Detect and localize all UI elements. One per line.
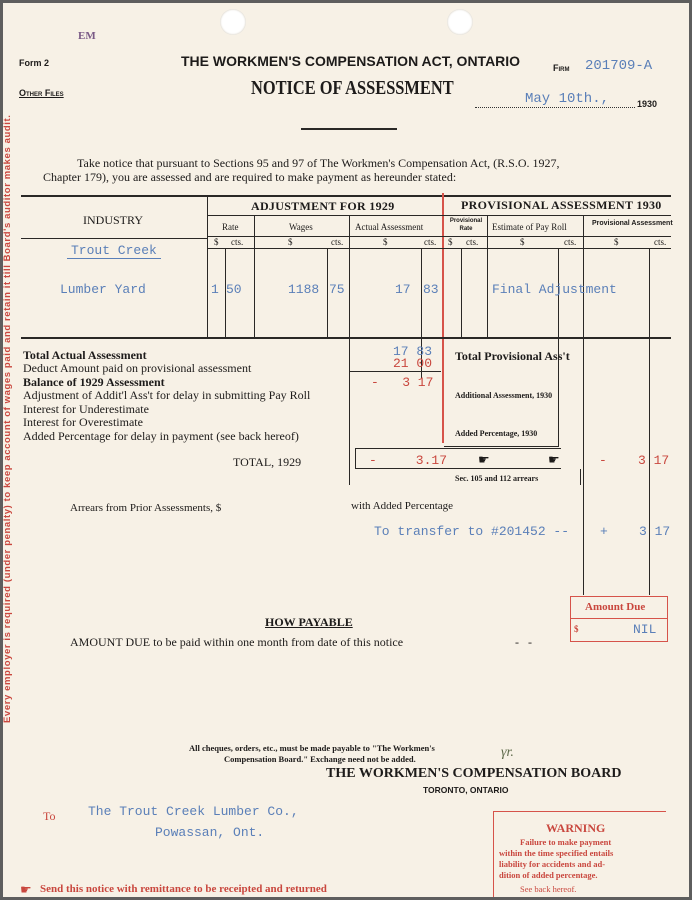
provisional-box-bottom: [444, 446, 558, 447]
subheader-rule: [207, 215, 671, 216]
sec-box-right: [580, 469, 581, 485]
additional-assessment-label: Additional Assessment, 1930: [455, 391, 552, 400]
dollar-label: $: [383, 237, 388, 247]
punch-hole-right: [447, 9, 473, 35]
dollar-label: $: [448, 237, 453, 247]
final-adjustment-note: Final Adjustment: [492, 282, 617, 297]
pointing-hand-icon: ☛: [478, 452, 490, 468]
cheques-note-line-2: Compensation Board." Exchange need not b…: [224, 754, 416, 764]
board-name: THE WORKMEN'S COMPENSATION BOARD: [326, 766, 621, 782]
adjustment-header: ADJUSTMENT FOR 1929: [251, 199, 395, 214]
firm-number: 201709-A: [585, 58, 652, 74]
arrears-label: Arrears from Prior Assessments, $: [70, 502, 221, 514]
added-percentage-label: Added Percentage, 1930: [455, 429, 537, 438]
cents-label: cts.: [564, 237, 576, 247]
total-box-left: [355, 448, 356, 469]
red-divider: [442, 193, 444, 443]
firm-label: Firm: [553, 63, 570, 73]
see-back-note: See back hereof.: [520, 884, 576, 894]
col-divider: [649, 248, 650, 595]
amount-due-text: AMOUNT DUE to be paid within one month f…: [70, 635, 403, 650]
handwritten-initials: γr.: [501, 745, 514, 761]
provisional-rate-col-header: Provisional Rate: [448, 217, 484, 233]
intro-line-1: Take notice that pursuant to Sections 95…: [77, 156, 560, 171]
rate-col-header: Rate: [222, 222, 239, 232]
dollar-label: $: [520, 237, 525, 247]
table-bottom-rule: [21, 337, 671, 339]
other-files-link[interactable]: Other Files: [19, 88, 64, 98]
cents-label: cts.: [424, 237, 436, 247]
pointing-hand-icon: ☛: [548, 452, 560, 468]
right-total-value: - 3 17: [599, 453, 669, 468]
pointing-hand-icon: ☛: [20, 882, 32, 897]
form-number: Form 2: [19, 58, 49, 68]
actual-dollars: 17: [395, 282, 411, 297]
actual-cents: 83: [423, 282, 439, 297]
dash-leader: - -: [515, 635, 532, 650]
col-divider: [583, 215, 584, 595]
amount-due-dollar: $: [574, 624, 579, 634]
punch-hole-left: [220, 9, 246, 35]
intro-line-2: Chapter 179), you are assessed and are r…: [43, 170, 456, 185]
col-divider: [487, 215, 488, 337]
cents-label: cts.: [654, 237, 666, 247]
document-title: NOTICE OF ASSESSMENT: [251, 77, 454, 100]
addressee-line-2: Powassan, Ont.: [155, 825, 264, 840]
summary-adjustment-label: Adjustment of Addit'l Ass't for delay in…: [23, 388, 310, 403]
estimate-payroll-col-header: Estimate of Pay Roll: [492, 222, 567, 232]
summary-added-pct-label: Added Percentage for delay in payment (s…: [23, 429, 299, 444]
warning-line-3: liability for accidents and ad-: [499, 859, 605, 869]
wages-col-header: Wages: [289, 222, 313, 232]
provisional-assessment-col-header: Provisional Assessment: [592, 220, 673, 227]
col-divider: [254, 215, 255, 337]
col-divider: [349, 215, 350, 485]
provisional-box-top: [444, 337, 558, 338]
colhead-rule: [207, 236, 671, 237]
cents-label: cts.: [466, 237, 478, 247]
summary-overestimate-label: Interest for Overestimate: [23, 415, 143, 430]
amount-due-value: NIL: [633, 622, 656, 637]
dollar-label: $: [288, 237, 293, 247]
date-value: May 10th.,: [525, 91, 609, 107]
total-box-top: [355, 448, 561, 449]
cents-label: cts.: [331, 237, 343, 247]
warning-line-4: dition of added percentage.: [499, 870, 598, 880]
col-divider: [461, 248, 462, 337]
provisional-header: PROVISIONAL ASSESSMENT 1930: [461, 198, 662, 213]
year-label: 1930: [637, 99, 657, 109]
actual-assessment-col-header: Actual Assessment: [355, 222, 423, 232]
subtotal-rule: [349, 371, 441, 372]
total-box-bottom: [355, 468, 561, 469]
transfer-note: To transfer to #201452 --: [374, 524, 569, 539]
amount-due-divider: [571, 618, 667, 619]
added-percentage-text: with Added Percentage: [351, 500, 453, 512]
warning-line-1: Failure to make payment: [520, 837, 611, 847]
initials-stamp: EM: [78, 30, 96, 42]
side-note: Every employer is required (under penalt…: [3, 115, 13, 724]
wages-dollars: 1188: [288, 282, 319, 297]
act-title: THE WORKMEN'S COMPENSATION ACT, ONTARIO: [181, 53, 520, 69]
amount-due-box: Amount Due $ NIL: [570, 596, 668, 642]
title-rule: [301, 128, 397, 130]
transfer-amount: + 3 17: [600, 524, 670, 539]
warning-title: WARNING: [546, 821, 605, 836]
rate-dollars: 1: [211, 282, 219, 297]
cents-label: cts.: [231, 237, 243, 247]
send-notice-text: Send this notice with remittance to be r…: [40, 883, 327, 895]
wages-cents: 75: [329, 282, 345, 297]
warning-box: WARNING Failure to make payment within t…: [493, 811, 666, 897]
dollar-label: $: [614, 237, 619, 247]
board-city: TORONTO, ONTARIO: [423, 785, 508, 795]
col-divider: [207, 195, 208, 337]
addressee-line-1: The Trout Creek Lumber Co.,: [88, 804, 299, 819]
assessment-notice: Every employer is required (under penalt…: [3, 3, 689, 897]
total-1929-value: - 3.17: [369, 453, 447, 468]
rate-cents: 50: [226, 282, 242, 297]
col-divider: [327, 248, 328, 337]
table-top-rule: [21, 195, 671, 197]
summary-deduct-label: Deduct Amount paid on provisional assess…: [23, 361, 251, 376]
cheques-note-line-1: All cheques, orders, etc., must be made …: [189, 743, 435, 753]
date-line: [475, 107, 635, 108]
how-payable-heading: HOW PAYABLE: [265, 615, 353, 630]
to-label: To: [43, 809, 56, 824]
provisional-total-label: Total Provisional Ass't: [455, 349, 570, 364]
sec-arrears-label: Sec. 105 and 112 arrears: [455, 474, 538, 483]
industry-type: Lumber Yard: [60, 282, 146, 297]
dollar-label: $: [214, 237, 219, 247]
industry-header: INDUSTRY: [83, 213, 143, 228]
warning-line-2: within the time specified entails: [499, 848, 613, 858]
balance-value: - 3 17: [371, 375, 433, 390]
total-1929-label: TOTAL, 1929: [233, 455, 301, 470]
industry-location: Trout Creek: [67, 243, 161, 259]
industry-rule: [21, 238, 207, 239]
subcol-rule: [207, 248, 671, 249]
deduct-paid-value: 21 00: [393, 356, 432, 371]
amount-due-label: Amount Due: [585, 601, 645, 613]
